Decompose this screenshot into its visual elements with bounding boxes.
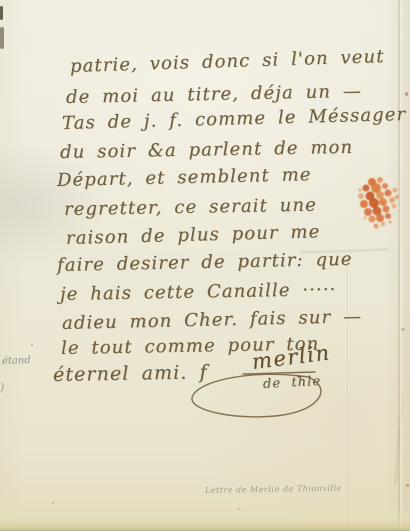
wax-seal bbox=[352, 170, 404, 236]
manuscript-line-1: patrie, vois donc si l'on veut bbox=[70, 46, 385, 77]
manuscript-line-2: de moi au titre, déja un — bbox=[66, 81, 362, 108]
signature-flourish bbox=[185, 366, 335, 426]
manuscript-line-7: raison de plus pour me bbox=[66, 221, 321, 249]
paper-edge-mark bbox=[0, 27, 4, 49]
margin-pencil-paren: ) bbox=[0, 381, 4, 394]
show-through-mark bbox=[386, 391, 405, 425]
fold-crease bbox=[398, 0, 400, 531]
paper-speck bbox=[238, 508, 240, 510]
show-through-mark bbox=[394, 430, 400, 485]
bottom-pencil-note: Lettre de Merlin de Thionville bbox=[205, 484, 342, 495]
margin-pencil-note: étand bbox=[2, 355, 31, 367]
paper-speck bbox=[405, 92, 408, 96]
manuscript-line-10: adieu mon Cher. fais sur — bbox=[62, 306, 363, 334]
paper-speck bbox=[31, 344, 33, 346]
letter-photograph: patrie, vois donc si l'on veut de moi au… bbox=[0, 0, 410, 531]
paper-speck bbox=[401, 328, 405, 331]
manuscript-line-4: du soir &a parlent de mon bbox=[60, 137, 354, 163]
manuscript-line-3: Tas de j. f. comme le Méssager bbox=[62, 104, 407, 134]
manuscript-line-5: Départ, et semblent me bbox=[57, 164, 312, 191]
paper-edge-mark bbox=[0, 6, 3, 20]
fold-crease-faint bbox=[347, 260, 348, 531]
manuscript-line-9: je hais cette Canaille ····· bbox=[60, 279, 337, 305]
paper-speck bbox=[406, 484, 409, 487]
bottom-edge-band bbox=[0, 506, 410, 531]
manuscript-line-6: regretter, ce serait une bbox=[64, 195, 317, 220]
manuscript-line-8: faire desirer de partir: que bbox=[57, 249, 353, 276]
fold-crease-highlight bbox=[400, 0, 402, 531]
paper-speck bbox=[52, 502, 54, 504]
